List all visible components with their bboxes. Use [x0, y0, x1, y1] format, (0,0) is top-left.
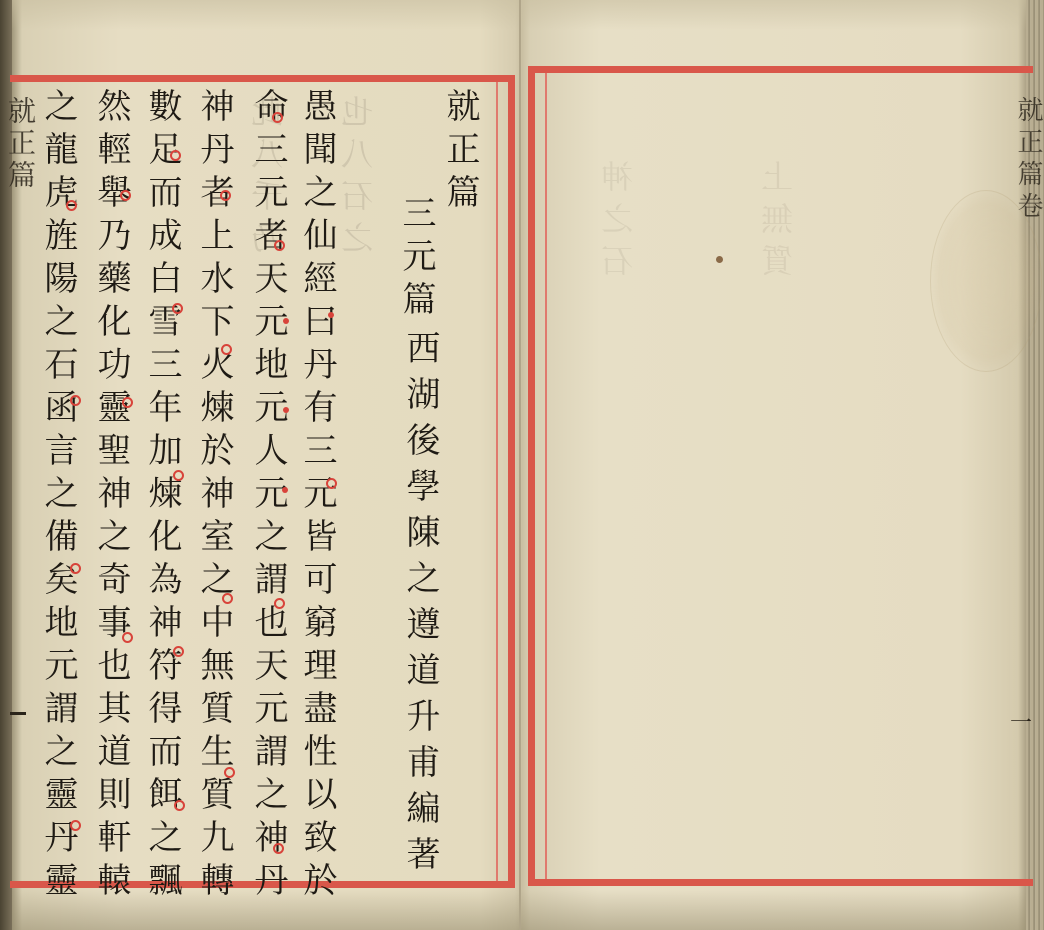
- right-page-inner-rule: [545, 73, 547, 879]
- punctuation-circle: [222, 593, 233, 604]
- punctuation-circle: [122, 632, 133, 643]
- punctuation-circle: [224, 767, 235, 778]
- fold-margin-title-right: 就正篇卷: [1010, 96, 1044, 224]
- section-title: 三元篇: [396, 195, 436, 324]
- punctuation-circle: [274, 240, 285, 251]
- punctuation-dot: [283, 407, 289, 413]
- page-top-shade: [0, 0, 1044, 30]
- ink-spot: [716, 256, 723, 263]
- punctuation-circle: [70, 820, 81, 831]
- punctuation-circle: [122, 397, 133, 408]
- page-title: 就正篇: [440, 88, 480, 217]
- punctuation-circle: [70, 395, 81, 406]
- punctuation-circle: [172, 303, 183, 314]
- punctuation-circle: [274, 598, 285, 609]
- gutter-line: [519, 0, 521, 930]
- punctuation-circle: [174, 800, 185, 811]
- punctuation-circle: [220, 190, 231, 201]
- text-column-4: 數足而成白雪三年加煉化為神符得而餌之飄: [142, 88, 182, 905]
- left-page-inner-rule: [496, 82, 498, 881]
- author-line: 西湖後學陳之遵道升甫編著: [400, 330, 440, 882]
- punctuation-circle: [66, 200, 77, 211]
- punctuation-circle: [273, 843, 284, 854]
- punctuation-circle: [120, 190, 131, 201]
- text-column-3: 神丹者上水下火煉於神室之中無質生質九轉: [194, 88, 234, 905]
- punctuation-circle: [173, 646, 184, 657]
- punctuation-circle: [221, 344, 232, 355]
- punctuation-circle: [326, 478, 337, 489]
- text-column-5: 然輕舉乃藥化功靈聖神之奇事也其道則軒轅: [91, 88, 131, 905]
- punctuation-dot: [282, 487, 288, 493]
- fold-margin-title-left: 就正篇: [0, 96, 40, 192]
- right-page-border: [528, 66, 1033, 886]
- punctuation-circle: [173, 470, 184, 481]
- fold-margin-page-number: 一: [1010, 706, 1032, 737]
- text-column-1: 愚聞之仙經曰丹有三元皆可窮理盡性以致於: [297, 88, 337, 905]
- text-column-2: 命三元者天元地元人元之謂也天元謂之神丹: [248, 88, 288, 905]
- punctuation-dot: [328, 312, 334, 318]
- punctuation-circle: [70, 563, 81, 574]
- punctuation-circle: [170, 150, 181, 161]
- punctuation-circle: [272, 112, 283, 123]
- punctuation-dot: [283, 318, 289, 324]
- fold-margin-mark-left: [10, 712, 26, 715]
